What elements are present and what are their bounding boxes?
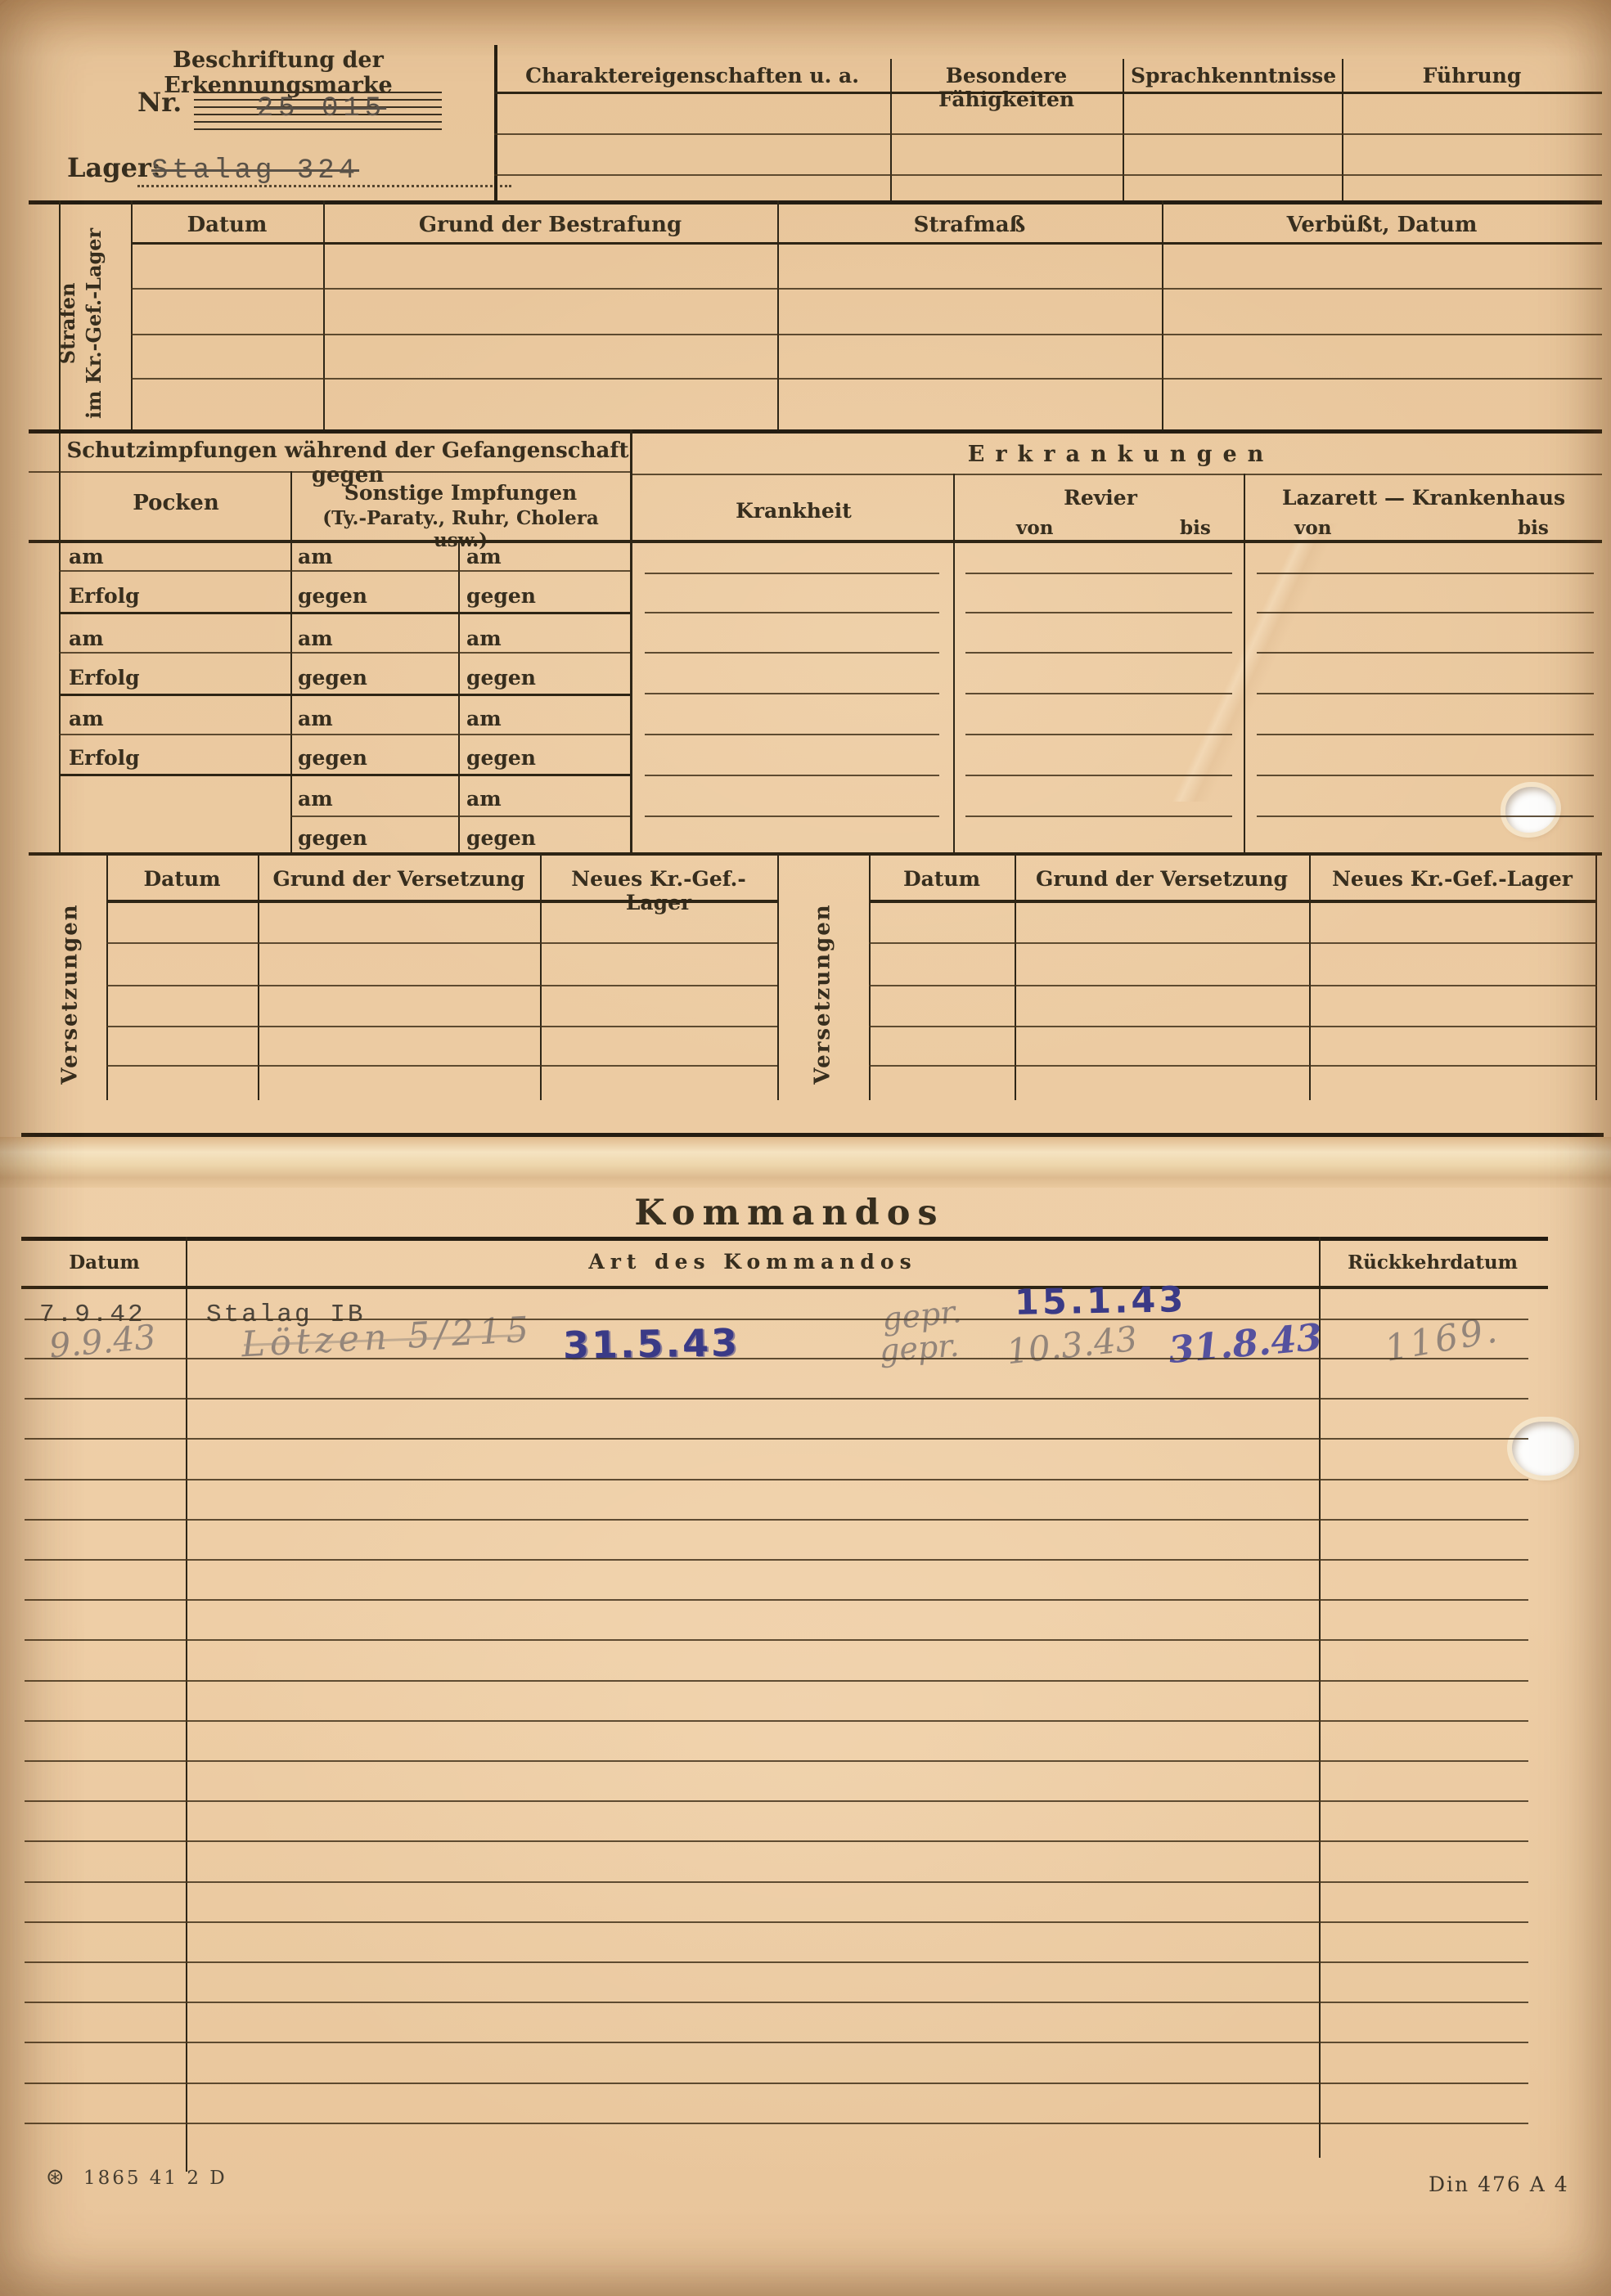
entry-row2-checked-label: gepr. xyxy=(879,1328,961,1369)
revier-bis-label: bis xyxy=(1180,517,1211,539)
traits-row-rule xyxy=(494,174,1602,176)
kommandos-title: Kommandos xyxy=(491,1193,1088,1233)
traits-left-border xyxy=(494,45,497,200)
erfolg-label: Erfolg xyxy=(69,746,140,770)
versetzungen-l-border xyxy=(106,854,108,1100)
pocken-divider xyxy=(290,471,292,852)
entry-row2-stamp: 31.5.43 xyxy=(563,1320,740,1368)
ruled-line xyxy=(25,1519,1528,1521)
hole-punch xyxy=(1512,1422,1574,1476)
sonstige-subdivider xyxy=(458,540,460,852)
versetzungen-l-row-rule xyxy=(106,1026,777,1027)
impfungen-row-rule xyxy=(59,570,630,572)
col-sonstige-line1: Sonstige Impfungen xyxy=(296,481,625,505)
idmark-nr-value: 25 015 xyxy=(219,93,424,124)
section-divider xyxy=(630,429,632,852)
ruled-line xyxy=(645,652,939,654)
ruled-line xyxy=(25,2083,1528,2084)
ruled-line xyxy=(1257,734,1594,735)
versetzungen-right-side-label: Versetzungen xyxy=(792,887,853,1100)
ruled-line xyxy=(645,734,939,735)
versetzungen-l-divider xyxy=(540,854,542,1100)
am-label: am xyxy=(298,787,333,811)
ruled-line xyxy=(1257,652,1594,654)
impfungen-header-rule xyxy=(29,540,1602,543)
ruled-line xyxy=(25,1398,1528,1400)
section-bottom-rule xyxy=(29,852,1602,856)
traits-header-rule xyxy=(494,92,1602,94)
versetzungen-l-row-rule xyxy=(106,942,777,944)
kommandos-col-rueckkehr: Rückkehrdatum xyxy=(1325,1251,1540,1274)
strafen-side-label: Strafen im Kr.-Gef.-Lager xyxy=(33,229,131,417)
versetzungen-r-col-datum: Datum xyxy=(877,867,1006,891)
printer-mark-icon: ⊛ xyxy=(46,2164,67,2190)
ruled-line xyxy=(25,1479,1528,1480)
strafen-header-rule xyxy=(131,242,1602,245)
din-code: Din 476 A 4 xyxy=(1429,2172,1569,2196)
ruled-line xyxy=(25,1319,1528,1320)
strafen-row-rule xyxy=(131,378,1602,380)
versetzungen-l-divider xyxy=(258,854,259,1100)
strafen-col-divider xyxy=(1162,200,1163,429)
hole-punch xyxy=(1505,787,1556,833)
ruled-line xyxy=(965,573,1232,574)
gegen-label: gegen xyxy=(466,666,536,690)
impfungen-title-rule xyxy=(29,471,630,473)
ruled-line xyxy=(965,775,1232,776)
gegen-label: gegen xyxy=(298,826,367,850)
gegen-label: gegen xyxy=(466,584,536,608)
ruled-line xyxy=(25,1358,1528,1359)
ruled-line xyxy=(965,652,1232,654)
traits-col-traits: Charaktereigenschaften u. a. xyxy=(507,64,877,88)
am-label: am xyxy=(69,707,104,730)
versetzungen-r-border xyxy=(869,854,871,1100)
am-label: am xyxy=(298,545,333,568)
ruled-line xyxy=(645,775,939,776)
ruled-line xyxy=(1257,775,1594,776)
traits-col-languages: Sprachkenntnisse xyxy=(1131,64,1334,88)
ruled-line xyxy=(25,2002,1528,2003)
strafen-left-border xyxy=(59,200,61,852)
traits-divider xyxy=(890,59,892,200)
krankheit-divider xyxy=(953,474,955,852)
kommandos-col-art: Art des Kommandos xyxy=(196,1250,1309,1274)
versetzungen-r-divider xyxy=(1015,854,1016,1100)
ruled-line xyxy=(645,573,939,574)
erfolg-label: Erfolg xyxy=(69,666,140,690)
strafen-col-divider xyxy=(777,200,779,429)
lazarett-bis-label: bis xyxy=(1518,517,1549,539)
versetzungen-l-col-neues: Neues Kr.-Gef.-Lager xyxy=(548,867,769,914)
strafen-row-rule xyxy=(131,334,1602,335)
versetzungen-r-header-rule xyxy=(869,900,1597,903)
col-lazarett: Lazarett — Krankenhaus xyxy=(1252,486,1595,510)
impfungen-group-rule xyxy=(59,612,630,614)
ruled-line xyxy=(965,734,1232,735)
versetzungen-r-col-neues: Neues Kr.-Gef.-Lager xyxy=(1317,867,1587,891)
idmark-nr-label: Nr. xyxy=(137,87,182,118)
versetzungen-l-col-datum: Datum xyxy=(115,867,250,891)
versetzungen-l-col-grund: Grund der Versetzung xyxy=(266,867,532,891)
ruled-line xyxy=(1257,612,1594,613)
gegen-label: gegen xyxy=(466,826,536,850)
versetzungen-r-row-rule xyxy=(869,1026,1597,1027)
traits-divider xyxy=(1342,59,1343,200)
ruled-line xyxy=(645,816,939,817)
traits-row-rule xyxy=(494,133,1602,135)
strafen-col-verbuesst: Verbüßt, Datum xyxy=(1170,213,1594,237)
ruled-line xyxy=(25,1438,1528,1440)
am-label: am xyxy=(466,707,502,730)
strafen-col-datum: Datum xyxy=(139,213,315,237)
lager-value: Stalag 324 xyxy=(151,155,359,186)
ruled-line xyxy=(25,1800,1528,1802)
am-label: am xyxy=(466,545,502,568)
impfungen-row-rule xyxy=(59,652,630,654)
strafen-col-divider xyxy=(323,200,325,429)
am-label: am xyxy=(69,627,104,650)
traits-col-abilities: Besondere Fähigkeiten xyxy=(898,64,1114,111)
kommandos-rueckkehr-divider xyxy=(1319,1237,1321,2158)
versetzungen-r-row-rule xyxy=(869,1065,1597,1067)
ruled-line xyxy=(25,1599,1528,1601)
ruled-line xyxy=(645,612,939,613)
ruled-line xyxy=(25,1559,1528,1561)
col-revier: Revier xyxy=(965,486,1235,510)
strafen-side-line2: im Kr.-Gef.-Lager xyxy=(82,227,108,418)
strafen-top-rule xyxy=(29,200,1602,204)
ruled-line xyxy=(645,693,939,694)
impfungen-title: Schutzimpfungen während der Gefangenscha… xyxy=(65,438,630,488)
erfolg-label: Erfolg xyxy=(69,584,140,608)
ruled-line xyxy=(965,612,1232,613)
versetzungen-r-border xyxy=(1595,854,1597,1100)
versetzungen-left-side-label: Versetzungen xyxy=(39,887,101,1100)
am-label: am xyxy=(298,627,333,650)
versetzungen-r-divider xyxy=(1309,854,1311,1100)
erkrankungen-title-rule xyxy=(632,474,1602,475)
gegen-label: gegen xyxy=(298,746,367,770)
gegen-label: gegen xyxy=(466,746,536,770)
paper-crease xyxy=(941,523,1563,802)
gegen-label: gegen xyxy=(298,584,367,608)
impfungen-group-rule xyxy=(59,694,630,696)
am-label: am xyxy=(298,707,333,730)
versetzungen-r-row-rule xyxy=(869,942,1597,944)
col-sonstige-line2: (Ty.-Paraty., Ruhr, Cholera usw.) xyxy=(296,507,625,551)
impfungen-group-rule xyxy=(59,774,630,776)
ruled-line xyxy=(1257,573,1594,574)
impfungen-top-rule xyxy=(29,429,1602,434)
impfungen-row-rule xyxy=(290,816,630,817)
strafen-col-grund: Grund der Bestrafung xyxy=(331,213,769,237)
am-label: am xyxy=(466,627,502,650)
versetzungen-l-row-rule xyxy=(106,985,777,986)
ruled-line xyxy=(25,1639,1528,1641)
impfungen-row-rule xyxy=(59,734,630,735)
pow-record-card-scan: Beschriftung der Erkennungsmarke Nr. 25 … xyxy=(0,0,1611,2296)
ruled-line xyxy=(1257,816,1594,817)
ruled-line xyxy=(25,1840,1528,1842)
erkrankungen-title: Erkrankungen xyxy=(646,442,1595,467)
versetzungen-l-row-rule xyxy=(106,1065,777,1067)
ruled-line xyxy=(25,1921,1528,1923)
versetzungen-r-col-grund: Grund der Versetzung xyxy=(1023,867,1301,891)
ruled-line xyxy=(25,1680,1528,1682)
ruled-line xyxy=(25,1881,1528,1883)
kommandos-col-datum: Datum xyxy=(29,1251,180,1274)
entry-row1-checked-stamp: 15.1.43 xyxy=(1015,1279,1187,1323)
upper-card-bottom-rule xyxy=(21,1133,1604,1137)
am-label: am xyxy=(466,787,502,811)
ruled-line xyxy=(25,2123,1528,2124)
ruled-line xyxy=(25,1720,1528,1722)
revier-von-label: von xyxy=(1016,517,1053,539)
ruled-line xyxy=(965,693,1232,694)
kommandos-datum-divider xyxy=(186,1237,187,2172)
print-code: 1865 41 2 D xyxy=(83,2168,227,2189)
ruled-line xyxy=(25,2042,1528,2043)
strafen-col-strafmass: Strafmaß xyxy=(785,213,1154,237)
am-label: am xyxy=(69,545,104,568)
ruled-line xyxy=(965,816,1232,817)
strafen-row-rule xyxy=(131,288,1602,290)
strafen-label-divider xyxy=(131,200,133,429)
ruled-line xyxy=(1257,693,1594,694)
lazarett-von-label: von xyxy=(1294,517,1331,539)
col-pocken: Pocken xyxy=(65,491,286,515)
traits-divider xyxy=(1123,59,1124,200)
ruled-line xyxy=(25,1961,1528,1963)
versetzungen-l-header-rule xyxy=(106,900,777,903)
print-code-block: ⊛ 1865 41 2 D xyxy=(46,2164,227,2190)
gegen-label: gegen xyxy=(298,666,367,690)
col-krankheit: Krankheit xyxy=(642,499,945,523)
card-gap-edge xyxy=(0,1137,1611,1188)
kommandos-header-rule xyxy=(21,1286,1548,1289)
versetzungen-l-border xyxy=(777,854,779,1100)
revier-divider xyxy=(1244,474,1245,852)
ruled-line xyxy=(25,1760,1528,1762)
versetzungen-r-row-rule xyxy=(869,985,1597,986)
traits-col-conduct: Führung xyxy=(1350,64,1594,88)
